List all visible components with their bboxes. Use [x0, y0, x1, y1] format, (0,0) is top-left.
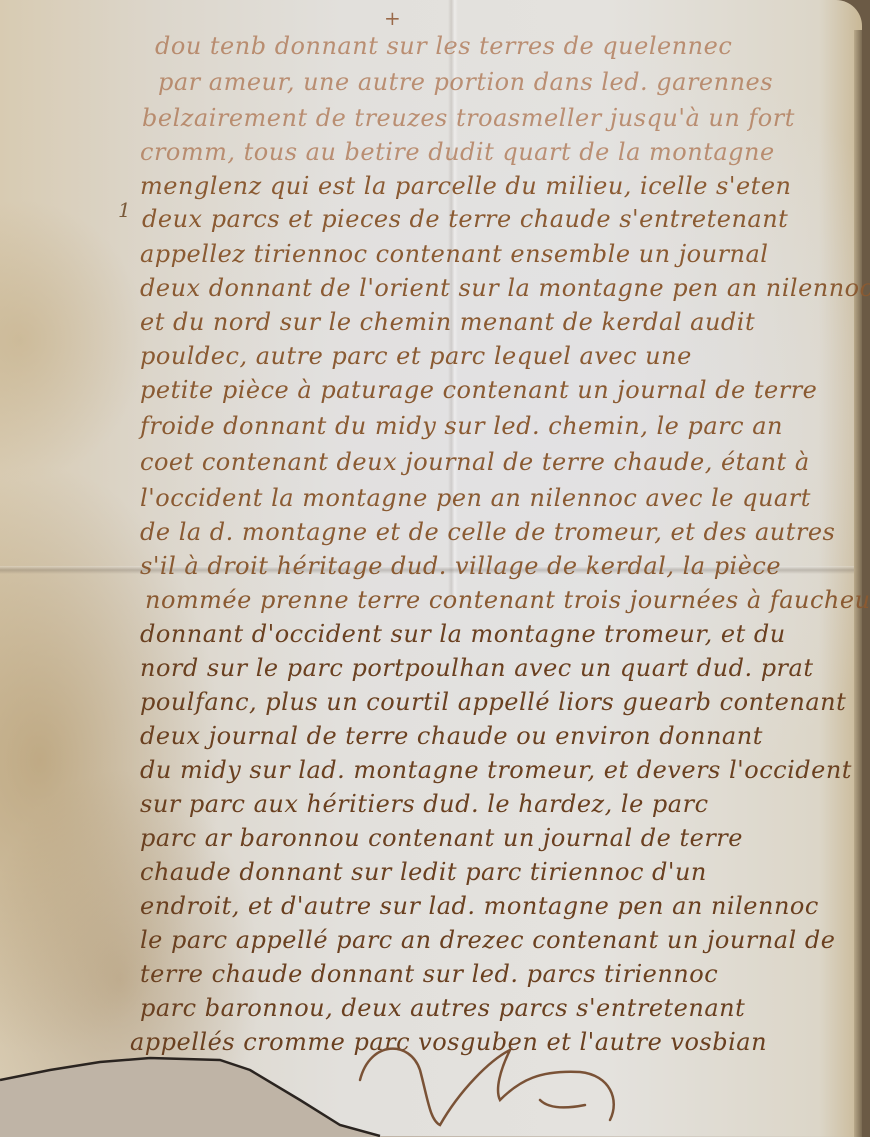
text-line: cromm, tous au betire dudit quart de la …	[140, 138, 775, 166]
text-line: nord sur le parc portpoulhan avec un qua…	[140, 654, 813, 682]
text-line: nommée prenne terre contenant trois jour…	[145, 586, 870, 614]
text-line: belzairement de treuzes troasmeller jusq…	[142, 104, 795, 132]
text-line: du midy sur lad. montagne tromeur, et de…	[140, 756, 852, 784]
torn-lower-edge	[0, 1040, 870, 1137]
text-line: appellez tiriennoc contenant ensemble un…	[140, 240, 768, 268]
text-line: de la d. montagne et de celle de tromeur…	[140, 518, 835, 546]
text-line: menglenz qui est la parcelle du milieu, …	[140, 172, 791, 200]
text-line: deux journal de terre chaude ou environ …	[140, 722, 763, 750]
text-line: pouldec, autre parc et parc lequel avec …	[140, 342, 692, 370]
text-line: dou tenb donnant sur les terres de quele…	[155, 32, 732, 60]
manuscript-text: dou tenb donnant sur les terres de quele…	[0, 0, 862, 1137]
text-line: deux parcs et pieces de terre chaude s'e…	[142, 205, 788, 233]
text-line: poulfanc, plus un courtil appellé liors …	[140, 688, 846, 716]
text-line: deux donnant de l'orient sur la montagne…	[140, 274, 870, 302]
text-line: coet contenant deux journal de terre cha…	[140, 448, 810, 476]
text-line: terre chaude donnant sur led. parcs tiri…	[140, 960, 718, 988]
text-line: l'occident la montagne pen an nilennoc a…	[140, 484, 811, 512]
text-line: endroit, et d'autre sur lad. montagne pe…	[140, 892, 819, 920]
text-line: froide donnant du midy sur led. chemin, …	[140, 412, 783, 440]
text-line: parc ar baronnou contenant un journal de…	[140, 824, 743, 852]
text-line: s'il à droit héritage dud. village de ke…	[140, 552, 781, 580]
text-line: chaude donnant sur ledit parc tiriennoc …	[140, 858, 707, 886]
text-line: le parc appellé parc an drezec contenant…	[140, 926, 835, 954]
manuscript-page: + 1 dou tenb donnant sur les terres de q…	[0, 0, 862, 1137]
text-line: parc baronnou, deux autres parcs s'entre…	[140, 994, 745, 1022]
text-line: petite pièce à paturage contenant un jou…	[140, 376, 817, 404]
text-line: par ameur, une autre portion dans led. g…	[158, 68, 773, 96]
text-line: donnant d'occident sur la montagne trome…	[140, 620, 786, 648]
text-line: et du nord sur le chemin menant de kerda…	[140, 308, 755, 336]
text-line: sur parc aux héritiers dud. le hardez, l…	[140, 790, 709, 818]
